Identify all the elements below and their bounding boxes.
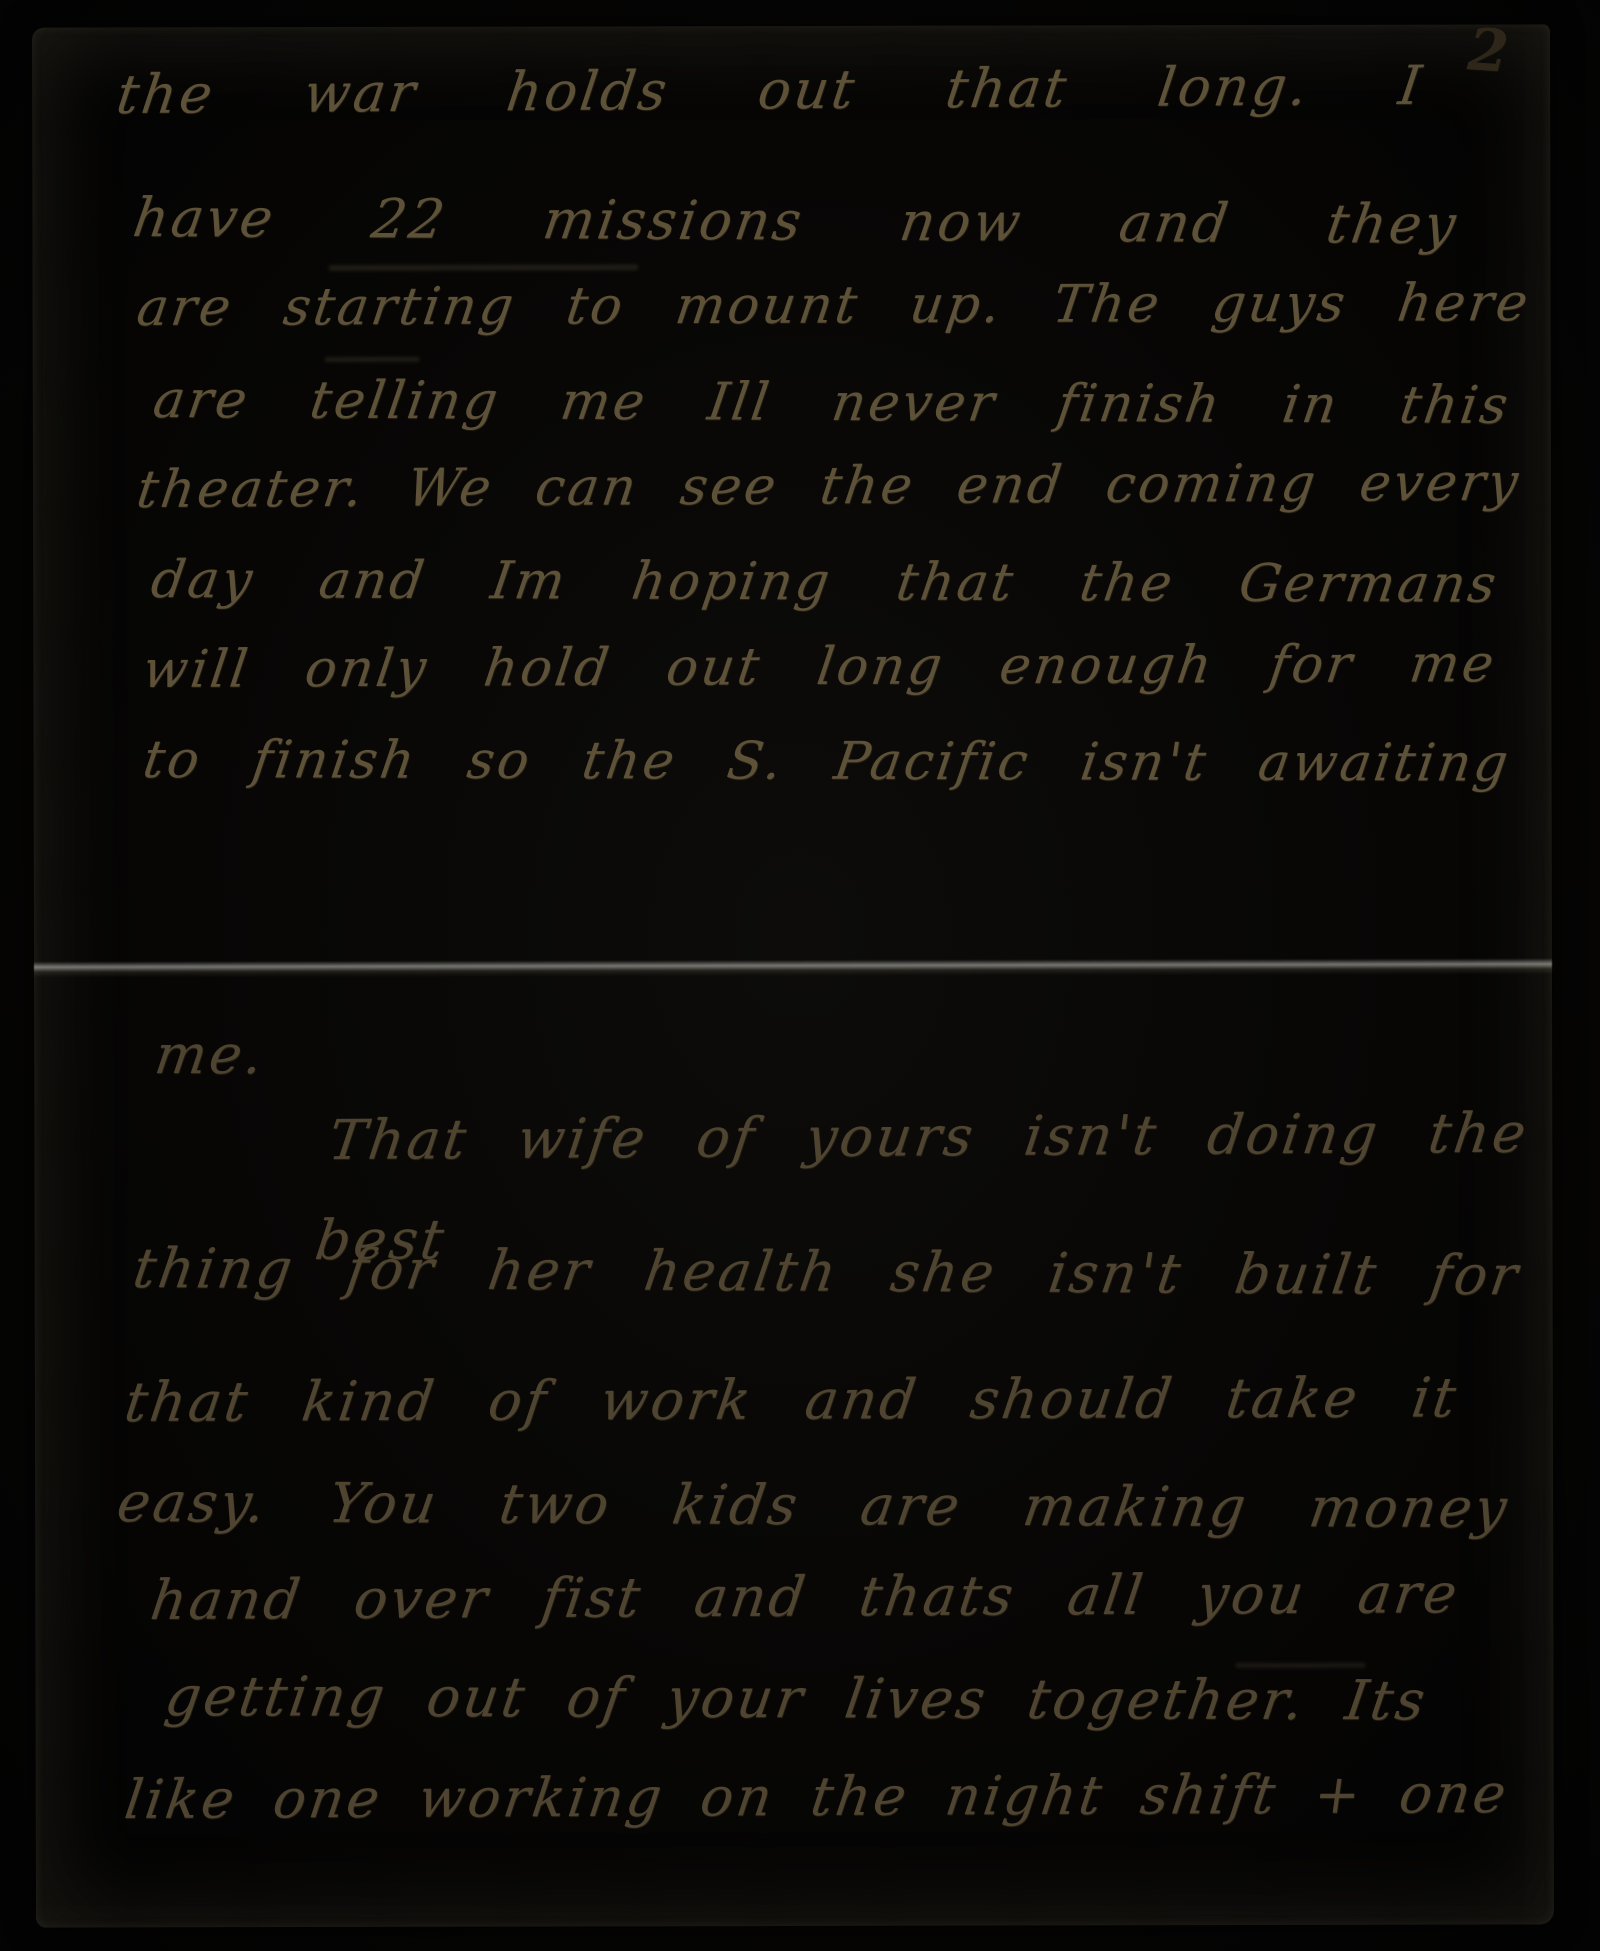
handwriting-line-1: the war holds out that long. I [110,36,1430,149]
page-number: 2 [1465,4,1581,101]
fold-crease [34,958,1552,977]
handwriting-line-15: getting out of your lives together. Its [158,1646,1434,1754]
handwriting-line-10: That wife of yours isn't doing the best [322,1083,1535,1194]
handwriting-line-12: that kind of work and should take it [118,1347,1465,1456]
handwriting-line-8: to finish so the S. Pacific isn't awaiti… [136,710,1517,818]
handwriting-line-7: will only hold out long enough for me [136,614,1503,724]
handwriting-line-3: are starting to mount up. The guys here [130,253,1537,362]
handwriting-line-16: like one working on the night shift + on… [118,1744,1515,1854]
handwriting-line-11: thing for her health she isn't built for [126,1218,1527,1329]
handwriting-line-14: hand over fist and thats all you are [144,1543,1466,1654]
handwriting-line-9: me. [148,1005,272,1109]
handwriting-line-5: theater. We can see the end coming every [130,433,1527,544]
